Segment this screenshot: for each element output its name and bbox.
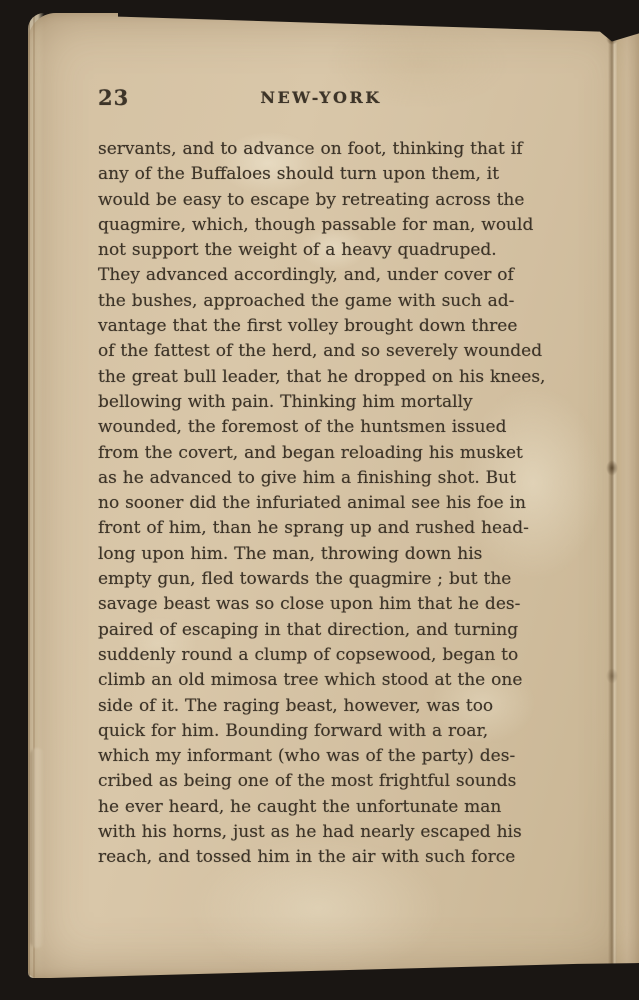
book-page: 23 NEW-YORK servants, and to advance on … (28, 13, 639, 978)
text-line: the great bull leader, that he dropped o… (98, 365, 544, 390)
text-line: bellowing with pain. Thinking him mortal… (98, 390, 544, 415)
text-line: cribed as being one of the most frightfu… (98, 769, 544, 794)
text-line: front of him, than he sprang up and rush… (98, 516, 544, 541)
text-line: quick for him. Bounding forward with a r… (98, 719, 544, 744)
book-scan: 23 NEW-YORK servants, and to advance on … (0, 0, 639, 1000)
text-line: vantage that the first volley brought do… (98, 314, 544, 339)
text-line: with his horns, just as he had nearly es… (98, 820, 544, 845)
text-line: servants, and to advance on foot, thinki… (98, 137, 544, 162)
text-line: not support the weight of a heavy quadru… (98, 238, 544, 263)
running-header: 23 NEW-YORK (98, 85, 544, 113)
text-line: would be easy to escape by retreating ac… (98, 188, 544, 213)
text-line: They advanced accordingly, and, under co… (98, 263, 544, 288)
running-head-title: NEW-YORK (98, 88, 544, 107)
printed-text-block: 23 NEW-YORK servants, and to advance on … (98, 85, 544, 871)
text-line: which my informant (who was of the party… (98, 744, 544, 769)
text-line: he ever heard, he caught the unfortunate… (98, 795, 544, 820)
text-line: empty gun, fled towards the quagmire ; b… (98, 567, 544, 592)
text-line: side of it. The raging beast, however, w… (98, 694, 544, 719)
text-line: paired of escaping in that direction, an… (98, 618, 544, 643)
text-line: climb an old mimosa tree which stood at … (98, 668, 544, 693)
text-line: quagmire, which, though passable for man… (98, 213, 544, 238)
text-line: any of the Buffaloes should turn upon th… (98, 162, 544, 187)
text-line: reach, and tossed him in the air with su… (98, 845, 544, 870)
text-line: long upon him. The man, throwing down hi… (98, 542, 544, 567)
text-line: no sooner did the infuriated animal see … (98, 491, 544, 516)
body-text: servants, and to advance on foot, thinki… (98, 137, 544, 871)
text-line: suddenly round a clump of copsewood, beg… (98, 643, 544, 668)
text-line: as he advanced to give him a finishing s… (98, 466, 544, 491)
text-line: wounded, the foremost of the huntsmen is… (98, 415, 544, 440)
text-line: of the fattest of the herd, and so sever… (98, 339, 544, 364)
text-line: savage beast was so close upon him that … (98, 592, 544, 617)
text-line: the bushes, approached the game with suc… (98, 289, 544, 314)
text-line: from the covert, and began reloading his… (98, 441, 544, 466)
